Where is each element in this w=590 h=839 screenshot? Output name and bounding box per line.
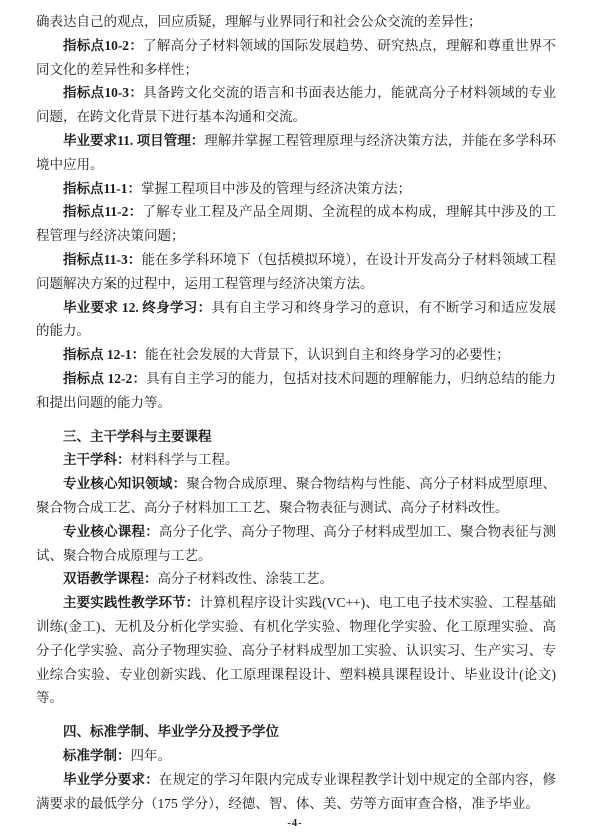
paragraph: 毕业要求11. 项目管理：理解并掌握工程管理原理与经济决策方法，并能在多学科环境… (36, 129, 556, 177)
paragraph: 指标点11-3：能在多学科环境下（包括模拟环境），在设计开发高分子材料领域工程问… (36, 248, 556, 296)
paragraph: 指标点11-1：掌握工程项目中涉及的管理与经济决策方法； (36, 177, 556, 201)
paragraph-lead: 主要实践性教学环节： (63, 595, 199, 610)
paragraph-text: 计算机程序设计实践(VC++)、电工电子技术实验、工程基础训练(金工)、无机及分… (36, 595, 556, 705)
paragraph: 主要实践性教学环节：计算机程序设计实践(VC++)、电工电子技术实验、工程基础训… (36, 591, 556, 710)
paragraph: 指标点11-2：了解专业工程及产品全周期、全流程的成本构成，理解其中涉及的工程管… (36, 200, 556, 248)
paragraph-text: 能在社会发展的大背景下，认识到自主和终身学习的必要性； (145, 347, 510, 362)
paragraph-lead: 毕业要求 12. 终身学习： (63, 300, 211, 315)
section-heading: 三、主干学科与主要课程 (36, 425, 556, 449)
paragraph-lead: 三、主干学科与主要课程 (63, 429, 212, 444)
paragraph: 指标点 12-1：能在社会发展的大背景下，认识到自主和终身学习的必要性； (36, 343, 556, 367)
paragraph: 毕业学分要求：在规定的学习年限内完成专业课程教学计划中规定的全部内容，修满要求的… (36, 768, 556, 816)
paragraph: 双语教学课程：高分子材料改性、涂装工艺。 (36, 567, 556, 591)
page-number: -4- (0, 818, 590, 829)
paragraph-lead: 四、标准学制、毕业学分及授予学位 (63, 724, 279, 739)
paragraph-lead: 标准学制： (63, 748, 131, 763)
paragraph: 专业核心课程：高分子化学、高分子物理、高分子材料成型加工、聚合物表征与测试、聚合… (36, 520, 556, 568)
paragraph: 指标点 12-2：具有自主学习的能力，包括对技术问题的理解能力，归纳总结的能力和… (36, 367, 556, 415)
section-heading: 四、标准学制、毕业学分及授予学位 (36, 720, 556, 744)
paragraph-text: 材料科学与工程。 (131, 452, 239, 467)
paragraph: 毕业要求 12. 终身学习：具有自主学习和终身学习的意识，有不断学习和适应发展的… (36, 296, 556, 344)
paragraph: 专业核心知识领域：聚合物合成原理、聚合物结构与性能、高分子材料成型原理、聚合物合… (36, 472, 556, 520)
paragraph-lead: 双语教学课程： (63, 571, 158, 586)
paragraph-lead: 主干学科： (63, 452, 131, 467)
paragraph: 指标点10-3：具备跨文化交流的语言和书面表达能力，能就高分子材料领域的专业问题… (36, 81, 556, 129)
document-body: 确表达自己的观点，回应质疑，理解与业界同行和社会公众交流的差异性；指标点10-2… (36, 10, 556, 815)
paragraph-lead: 指标点 12-2： (63, 371, 146, 386)
paragraph-lead: 专业核心课程： (63, 524, 159, 539)
paragraph: 标准学制：四年。 (36, 744, 556, 768)
paragraph: 确表达自己的观点，回应质疑，理解与业界同行和社会公众交流的差异性； (36, 10, 556, 34)
paragraph-lead: 指标点10-2： (63, 38, 143, 53)
paragraph-lead: 指标点11-3： (63, 252, 141, 267)
paragraph-lead: 毕业学分要求： (63, 772, 159, 787)
paragraph-text: 四年。 (131, 748, 172, 763)
paragraph-text: 确表达自己的观点，回应质疑，理解与业界同行和社会公众交流的差异性； (36, 14, 482, 29)
paragraph-lead: 指标点11-1： (63, 181, 141, 196)
paragraph-lead: 指标点11-2： (63, 204, 142, 219)
paragraph-text: 掌握工程项目中涉及的管理与经济决策方法； (141, 181, 411, 196)
paragraph-text: 高分子材料改性、涂装工艺。 (158, 571, 334, 586)
paragraph-lead: 指标点10-3： (63, 85, 143, 100)
document-page: 确表达自己的观点，回应质疑，理解与业界同行和社会公众交流的差异性；指标点10-2… (0, 0, 590, 839)
paragraph-lead: 毕业要求11. 项目管理： (63, 133, 204, 148)
paragraph: 指标点10-2：了解高分子材料领域的国际发展趋势、研究热点，理解和尊重世界不同文… (36, 34, 556, 82)
paragraph: 主干学科：材料科学与工程。 (36, 448, 556, 472)
paragraph-lead: 专业核心知识领域： (63, 476, 186, 491)
paragraph-lead: 指标点 12-1： (63, 347, 145, 362)
